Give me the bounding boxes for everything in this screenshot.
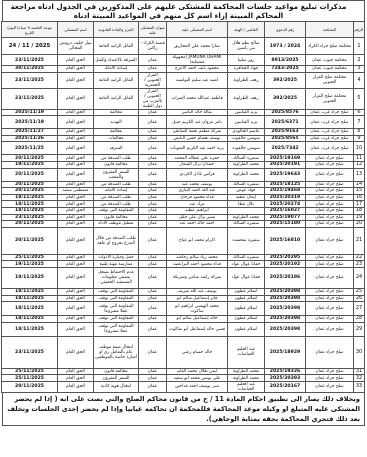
court-cell: صلح جزاء عمان — [306, 155, 354, 162]
case-number-cell: 2025/7342 — [265, 142, 306, 155]
charge-cell: طلب الصدقة من خلال التذرع بجروح او عاهه — [94, 227, 139, 254]
plaintiff-cell: الحق العام — [58, 168, 94, 181]
row-number: 1 — [354, 38, 365, 55]
defendant-cell: يوسف محمد عيد — [167, 181, 228, 188]
defendant-cell: امينه عبد سليم النوايسه — [167, 72, 228, 88]
table-row: 11صلح جزاء عمان2025/19169سميرة السالكحمز… — [2, 155, 365, 162]
hearing-date-cell: 20/11/2025 — [2, 221, 58, 228]
judge-cell: سوسن جالقوت — [228, 135, 265, 142]
table-row: 3محكمة جنوب عمان7243-2025جهاد الجعافرةمح… — [2, 66, 365, 73]
court-cell: صلح جزاء غرب عمان — [306, 109, 354, 116]
table-row: 23صلح جزاء عمان2025/20192جمانا عوال عواد… — [2, 261, 365, 268]
judge-cell: محمد الطراونة — [228, 368, 265, 375]
case-number-cell: 2025/20274 — [265, 201, 306, 208]
row-number: 23 — [354, 261, 365, 268]
hearing-date-cell: 20/11/2025 — [2, 181, 58, 188]
judge-cell: سوسن جالقوت — [228, 142, 265, 155]
court-cell: صلح جزاء عمان — [306, 316, 354, 323]
court-cell: صلح جزاء عمان — [306, 302, 354, 316]
row-number: 32 — [354, 375, 365, 382]
judge-cell: عبد الحليم الحياصات — [228, 381, 265, 392]
table-row: 8صلح جزاء غرب عمان2025/9163عاصم الجالودي… — [2, 129, 365, 136]
court-cell: صلح جزاء عمان — [306, 168, 354, 181]
charge-cell: طلب الصدقة من — [94, 181, 139, 188]
defendant-cell: بقالة خالد الناصر — [167, 109, 228, 116]
hearing-date-cell: 18/11/2025 — [2, 201, 58, 208]
hearing-date-cell: 18/11/2025 — [2, 207, 58, 214]
court-cell: صلح جزاء عمان — [306, 267, 354, 288]
table-row: 20صلح جزاء عمان2025/15180سميرة السالكاحم… — [2, 221, 365, 228]
defendant-cell: ابراهيم عطيه — [167, 207, 228, 214]
plaintiff-cell: الحق العام — [58, 336, 94, 368]
judge-cell: محمد الطراونة — [228, 214, 265, 221]
row-number: 5 — [354, 88, 365, 109]
address-cell: عمان — [139, 207, 167, 214]
hearing-date-cell: 20/11/2025 — [2, 227, 58, 254]
case-number-cell: 2025/18929 — [265, 336, 306, 368]
case-number-cell: 2025/9163 — [265, 129, 306, 136]
charge-cell: انتحال هوية كاذبة — [94, 381, 139, 392]
table-row: 25صلح جزاء عمان2025/20398اسلام عطونيوسف … — [2, 288, 365, 295]
hearing-date-cell: 18/11/2025 — [2, 288, 58, 295]
charge-cell: حمل وحيازة الادوات — [94, 254, 139, 261]
judge-cell: سميرة السالك — [228, 155, 265, 162]
table-row: 2محكمة جنوب عمان8913/2025روز صليباJAMUNA… — [2, 55, 365, 66]
case-number-cell: 2025/20398 — [265, 288, 306, 295]
plaintiff-cell: الحق العام — [58, 381, 94, 392]
address-cell: قصبة الكرك - راكين — [139, 38, 167, 55]
court-cell: محكمة صلح جزاء الكرك — [306, 38, 354, 55]
row-number: 21 — [354, 227, 365, 254]
table-row: 26صلح جزاء عمان2025/20398اسلام عطونفايز … — [2, 295, 365, 302]
case-number-cell: 2025/19643 — [265, 168, 306, 181]
hearing-date-cell: 23/11/2025 — [2, 336, 58, 368]
judge-cell: يزيد الغنانيين — [228, 109, 265, 116]
address-cell: عمان — [139, 142, 167, 155]
case-number-cell: 2025/20192 — [265, 261, 306, 268]
plaintiff-cell: الحق العام — [58, 135, 94, 142]
defendant-cell: عبد الله احمد البياري — [167, 188, 228, 195]
col-header-hearing-date: موعد الجلسة 9 صباحا اليوم/التاريخ — [2, 22, 58, 38]
row-number: 14 — [354, 181, 365, 188]
judge-cell: محمد الطراونة — [228, 168, 265, 181]
court-cell: محكمة صلح المزار الجنوبي — [306, 88, 354, 109]
plaintiff-cell: الحق العام — [58, 261, 94, 268]
address-cell: عمان — [139, 188, 167, 195]
court-cell: صلح جزاء عمان — [306, 214, 354, 221]
row-number: 20 — [354, 221, 365, 228]
court-cell: صلح جزاء عمان — [306, 194, 354, 201]
row-number: 17 — [354, 201, 365, 208]
col-header-case-number: رقم الدعوى — [265, 22, 306, 38]
plaintiff-cell: الحق العام — [58, 72, 94, 88]
court-cell: محكمة جنوب عمان — [306, 66, 354, 73]
court-cell: صلح جزاء عمان — [306, 381, 354, 392]
defendant-cell: شركة مطعم نجمة الشاطئ — [167, 129, 228, 136]
case-number-cell: 2025/8565 — [265, 135, 306, 142]
table-row: 19صلح جزاء عمان2025/19077محمد الطراونةنص… — [2, 214, 365, 221]
court-cell: محكمة صلح المزار الجنوبي — [306, 72, 354, 88]
plaintiff-cell: الحق العام — [58, 207, 94, 214]
court-cell: صلح جزاء غرب عمان — [306, 116, 354, 129]
court-cell: صلح جزاء عمان — [306, 368, 354, 375]
row-number: 33 — [354, 381, 365, 392]
case-number-cell: 2025/20398 — [265, 302, 306, 316]
case-number-cell: 2025/20295 — [265, 254, 306, 261]
case-number-cell: 2025/20167 — [265, 381, 306, 392]
hearing-date-cell: 2025/11/26 — [2, 135, 58, 142]
defendant-cell: نصير نزال علي خليل — [167, 214, 228, 221]
court-cell: صلح جزاء غرب عمان — [306, 135, 354, 142]
defendant-cell: محمود نايف احمد الاعرج — [167, 66, 228, 73]
hearing-date-cell: 20/11/2025 — [2, 188, 58, 195]
row-number: 26 — [354, 295, 365, 302]
hearing-date-cell: 25/11/2025 — [2, 254, 58, 261]
plaintiff-cell: الحق العام — [58, 254, 94, 261]
defendant-cell: شركة راشد شامي وشريكة — [167, 267, 228, 288]
hearing-date-cell: 25/11/2025 — [2, 375, 58, 382]
table-row: 15صلح جزاء عمان2025/19468جهاد عوضعبد الل… — [2, 188, 365, 195]
defendant-cell: ايمن طلال محمد القايد — [167, 368, 228, 375]
address-cell: عمان — [139, 168, 167, 181]
row-number: 2 — [354, 55, 365, 66]
address-cell: عمان — [139, 194, 167, 201]
defendant-cell: حمدان نزال الشعار — [167, 161, 228, 168]
case-number-cell: 2025/20393 — [265, 375, 306, 382]
address-cell: عمان — [139, 295, 167, 302]
defendant-cell: علي يونس محمد ابو سعيد — [167, 375, 228, 382]
address-cell: عمان — [139, 368, 167, 375]
row-number: 9 — [354, 135, 365, 142]
case-number-cell: 8913/2025 — [265, 55, 306, 66]
defendant-cell: تامر مروان عبد الكريم حبيل — [167, 116, 228, 129]
address-cell: عمان — [139, 116, 167, 129]
court-cell: صلح جزاء عمان — [306, 181, 354, 188]
charge-cell: مخالفة قانون — [94, 161, 139, 168]
document-title: مذكرات تبليغ مواعيد جلسات المحاكمة للمشت… — [2, 0, 365, 21]
address-cell: عمان — [139, 155, 167, 162]
table-row: 10صلح جزاء غرب عمان2025/7342سوسن جالقوتي… — [2, 142, 365, 155]
judge-cell: روز صليبا — [228, 55, 265, 66]
address-cell: عمان — [139, 109, 167, 116]
judge-cell: جهاد الجعافرة — [228, 66, 265, 73]
plaintiff-cell: الحق العام — [58, 116, 94, 129]
row-number: 27 — [354, 302, 365, 316]
case-number-cell: 2025/8576 — [265, 109, 306, 116]
address-cell: عمان — [139, 135, 167, 142]
charge-cell: طلب الصدقة من — [94, 155, 139, 162]
judge-cell: اسلام عطون — [228, 288, 265, 295]
hearing-date-cell: 25/11/2025 — [2, 368, 58, 375]
case-number-cell: 2025/16810 — [265, 227, 306, 254]
judge-cell: عبد الحليم الحياصات — [228, 336, 265, 368]
row-number: 7 — [354, 116, 365, 129]
hearing-date-cell: 24 / 11 / 2025 — [2, 38, 58, 55]
address-cell: عمان — [139, 381, 167, 392]
charge-cell: تعطيل موظف الاداء — [94, 221, 139, 228]
hearing-date-cell: 2025/11/25 — [2, 142, 58, 155]
table-row: 7صلح جزاء غرب عمان2025/6371يزيد الغنانيي… — [2, 116, 365, 129]
defendant-cell: فايز إسماعيل سالم ابو — [167, 295, 228, 302]
row-number: 3 — [354, 66, 365, 73]
court-cell: صلح جزاء عمان — [306, 375, 354, 382]
table-row: 14صلح جزاء عمان2025/18125سميرة السالكيوس… — [2, 181, 365, 188]
row-number: 12 — [354, 161, 365, 168]
hearing-date-cell: 23/11/2025 — [2, 88, 58, 109]
charge-cell: السرقه — [94, 142, 139, 155]
case-number-cell: 2025/20398 — [265, 322, 306, 336]
judge-cell: اسلام عطون — [228, 322, 265, 336]
charge-cell: طلب الصدقة من — [94, 194, 139, 201]
hearing-date-cell: 19/11/2025 — [2, 267, 58, 288]
defendant-cell: محمد الهيسي ابراهيم ابو ساكوت — [167, 302, 228, 316]
case-number-cell: 2025/19169 — [265, 155, 306, 162]
plaintiff-cell: الحق العام — [58, 155, 94, 162]
judge-cell: سميرة السالك — [228, 254, 265, 261]
row-number: 24 — [354, 267, 365, 288]
charge-cell: السفر المقرون والشغب — [94, 168, 139, 181]
defendant-cell: قصي خالد إسماعيل ابو ساكوت — [167, 322, 228, 336]
col-header-number: الرقم — [354, 22, 365, 38]
plaintiff-cell: الحق العام — [58, 109, 94, 116]
table-row: 29صلح جزاء عمان2025/20398اسلام عطونقصي خ… — [2, 322, 365, 336]
charge-cell: القاتل الراتبه العامة — [94, 38, 139, 55]
judge-cell — [228, 207, 265, 214]
plaintiff-cell: الحق العام — [58, 227, 94, 254]
address-cell: المزار الجنوبي / بالقرب من دوار الطيبة — [139, 88, 167, 109]
judge-cell: اسلام عطون — [228, 302, 265, 316]
case-number-cell: 2025/6371 — [265, 116, 306, 129]
case-number-cell: 1973 / 2024 — [265, 38, 306, 55]
plaintiff-cell: الحق العام — [58, 129, 94, 136]
case-number-cell: 2025/16027 — [265, 207, 306, 214]
judge-cell: رهف الطراونة — [228, 72, 265, 88]
address-cell: عمان — [139, 214, 167, 221]
row-number: 22 — [354, 254, 365, 261]
charge-cell: المقاومة التي توقف عملا مشروعا — [94, 302, 139, 316]
charge-cell: مخالفة قانون — [94, 368, 139, 375]
col-header-defendant: اسم المشتكى عليه — [167, 22, 228, 38]
case-number-cell: 392/2025 — [265, 72, 306, 88]
hearing-date-cell: 23/11/2025 — [2, 214, 58, 221]
charge-cell: المقاومة التي توقف — [94, 316, 139, 323]
plaintiff-cell: الحق العام — [58, 142, 94, 155]
court-notice-document: مذكرات تبليغ مواعيد جلسات المحاكمة للمشت… — [2, 0, 365, 426]
plaintiff-cell: الحق العام — [58, 295, 94, 302]
judge-cell: اسلام عطون — [228, 295, 265, 302]
case-number-cell: 2025/20186 — [265, 267, 306, 288]
legal-footer-note: وبخلاف ذلك يصار الى تطبيق احكام المادة 1… — [2, 393, 365, 426]
row-number: 4 — [354, 72, 365, 88]
table-row: 32صلح جزاء عمان2025/20393محمد الطراونةعل… — [2, 375, 365, 382]
row-number: 18 — [354, 207, 365, 214]
charge-cell: ممارسة مهنة طبية — [94, 261, 139, 268]
table-row: 4محكمة صلح المزار الجنوبي392/2025رهف الط… — [2, 72, 365, 88]
plaintiff-cell: الحق العام — [58, 201, 94, 208]
hearing-date-cell: 19/11/2025 — [2, 161, 58, 168]
row-number: 15 — [354, 188, 365, 195]
hearing-date-cell: 30/11/2025 — [2, 66, 58, 73]
plaintiff-cell: الحق العام — [58, 194, 94, 201]
plaintiff-cell: الحق العام — [58, 221, 94, 228]
defendant-cell: محمد زياد سالم رحامنه — [167, 254, 228, 261]
plaintiff-cell: الحق العام — [58, 288, 94, 295]
hearing-date-cell: 18/11/2025 — [2, 322, 58, 336]
address-cell: عمان — [139, 316, 167, 323]
hearing-date-cell: 2025/11/27 — [2, 129, 58, 136]
court-cell: صلح جزاء عمان — [306, 161, 354, 168]
charge-cell: طلب الصدقة من — [94, 201, 139, 208]
case-number-cell: 2025/20319 — [265, 194, 306, 201]
charge-cell: السرقة بالاعتداء والقتل — [94, 55, 139, 66]
court-cell: صلح جزاء عمان — [306, 288, 354, 295]
charge-cell: القاتل الراتبه العامة — [94, 72, 139, 88]
table-row: 24صلح جزاء عمان2025/20186جمانا عوال عواد… — [2, 267, 365, 288]
judge-cell: يزيد الغنانيين — [228, 116, 265, 129]
defendant-cell: يوسف عبد الله شريف — [167, 288, 228, 295]
court-cell: صلح جزاء عمان — [306, 207, 354, 214]
address-cell: عمان — [139, 66, 167, 73]
row-number: 10 — [354, 142, 365, 155]
hearing-date-cell: 18/11/2025 — [2, 295, 58, 302]
address-cell: عمان — [139, 267, 167, 288]
defendant-cell: يزيد احمد عبد الكريم الشوبات — [167, 142, 228, 155]
case-number-cell: 2025/15180 — [265, 221, 306, 228]
row-number: 8 — [354, 129, 365, 136]
row-number: 30 — [354, 336, 365, 368]
charge-cell: مخالفات — [94, 135, 139, 142]
case-number-cell: 2025/20398 — [265, 316, 306, 323]
table-body: 1محكمة صلح جزاء الكرك1973 / 2024صالح نظم… — [2, 38, 365, 393]
plaintiff-cell: الحق العام — [58, 88, 94, 109]
hearing-date-cell: 20/11/2025 — [2, 381, 58, 392]
address-cell: المزار الجنوبي / الجعفرية — [139, 72, 167, 88]
address-cell: عمان — [139, 254, 167, 261]
judge-cell: ايمان عطيه — [228, 194, 265, 201]
address-cell: عمان — [139, 227, 167, 254]
address-cell: عمان — [139, 261, 167, 268]
table-row: 27صلح جزاء عمان2025/20398اسلام عطونمحمد … — [2, 302, 365, 316]
table-row: 1محكمة صلح جزاء الكرك1973 / 2024صالح نظم… — [2, 38, 365, 55]
court-cell: صلح جزاء عمان — [306, 322, 354, 336]
address-cell: عمان — [139, 302, 167, 316]
defendant-cell: تمارا محمد علي المحاريق — [167, 38, 228, 55]
row-number: 25 — [354, 288, 365, 295]
defendant-cell: مراد عبد — [167, 201, 228, 208]
charge-cell: السفر المقرون — [94, 375, 139, 382]
row-number: 6 — [354, 109, 365, 116]
address-cell: عمان — [139, 55, 167, 66]
plaintiff-cell: الحق العام — [58, 214, 94, 221]
case-number-cell: 2025/19468 — [265, 188, 306, 195]
address-cell: عمان — [139, 161, 167, 168]
col-header-court: المحكمة — [306, 22, 354, 38]
judge-cell: عاصم الجالودي — [228, 129, 265, 136]
hearing-date-cell: 2025/11/19 — [2, 109, 58, 116]
court-cell: صلح جزاء عمان — [306, 254, 354, 261]
table-row: 6صلح جزاء غرب عمان2025/8576يزيد الغنانيي… — [2, 109, 365, 116]
hearing-date-cell: 18/11/2025 — [2, 194, 58, 201]
case-number-cell: 2025/20398 — [265, 295, 306, 302]
table-row: 13صلح جزاء عمان2025/19643محمد الطراونةفر… — [2, 168, 365, 181]
charge-cell: إساءة الامانه — [94, 188, 139, 195]
table-row: 33صلح جزاء عمان2025/20167عبد الحليم الحي… — [2, 381, 365, 392]
court-cell: صلح جزاء عمان — [306, 221, 354, 228]
judge-cell: رهف الطراونة — [228, 88, 265, 109]
hearing-date-cell: 23/11/2025 — [2, 55, 58, 66]
table-row: 12صلح جزاء عمان2025/20191محمد الطراونةحم… — [2, 161, 365, 168]
table-row: 9صلح جزاء غرب عمان2025/8565سوسن جالقوتيو… — [2, 135, 365, 142]
table-header-row: الرقم المحكمة رقم الدعوى القاضي / الهيئة… — [2, 22, 365, 38]
defendant-cell: يوسف هشام حسن البايض — [167, 135, 228, 142]
row-number: 19 — [354, 214, 365, 221]
plaintiff-cell: نبيل خليف درويش المجالى — [58, 38, 94, 55]
address-cell: عمان — [139, 375, 167, 382]
row-number: 31 — [354, 368, 365, 375]
address-cell: عمان — [139, 221, 167, 228]
col-header-plaintiff: اسم المشتكي — [58, 22, 94, 38]
charge-cell: عدم الاحتفاظ بسجل يتضمن معلومات المستفيد… — [94, 267, 139, 288]
hearing-date-cell: 20/11/2025 — [2, 168, 58, 181]
plaintiff-cell: الحق العام — [58, 302, 94, 316]
charge-cell: التهديد — [94, 116, 139, 129]
charge-cell: المقاومة التي توقف عملا مشروعا — [94, 322, 139, 336]
case-number-cell: 2025/19326 — [265, 368, 306, 375]
charge-cell: المقاومة التي توقف — [94, 207, 139, 214]
row-number: 28 — [354, 316, 365, 323]
judge-cell: صالح نظم هلال بني ياسين — [228, 38, 265, 55]
case-number-cell: 2025/20191 — [265, 161, 306, 168]
hearings-table: الرقم المحكمة رقم الدعوى القاضي / الهيئة… — [1, 21, 365, 393]
plaintiff-cell: الحق العام — [58, 181, 94, 188]
table-row: 21صلح جزاء عمان2025/16810سميرة شحشتاكرام… — [2, 227, 365, 254]
charge-cell: إساءة الأمانة — [94, 66, 139, 73]
court-cell: صلح جزاء عمان — [306, 261, 354, 268]
table-row: 5محكمة صلح المزار الجنوبي392/2025رهف الط… — [2, 88, 365, 109]
court-cell: صلح جزاء غرب عمان — [306, 142, 354, 155]
row-number: 13 — [354, 168, 365, 181]
hearing-date-cell: 23/11/2025 — [2, 72, 58, 88]
defendant-cell: حمزه علي عطاله المحمد — [167, 155, 228, 162]
judge-cell: سميرة السالك — [228, 181, 265, 188]
case-number-cell: 392/2025 — [265, 88, 306, 109]
plaintiff-cell: الحق العام — [58, 375, 94, 382]
col-header-address: عنوان المشتكى عليه — [139, 22, 167, 38]
charge-cell: انتحال صفة موظف عام بالتعامل زي او اشارة… — [94, 336, 139, 368]
defendant-cell: JAMUNA DHAMI (مجهولة مشتكية) — [167, 55, 228, 66]
plaintiff-cell: الحق العام — [58, 161, 94, 168]
charge-cell: القاتل الراتبه العامة — [94, 88, 139, 109]
defendant-cell: خالد حسام زعبي — [167, 336, 228, 368]
col-header-judge: القاضي / الهيئة — [228, 22, 265, 38]
table-row: 18صلح جزاء عمان2025/16027ابراهيم عطيهعما… — [2, 207, 365, 214]
table-row: 16صلح جزاء عمان2025/20319ايمان عطيهفداء … — [2, 194, 365, 201]
hearing-date-cell: 20/11/2025 — [2, 155, 58, 162]
judge-cell: محمد الطراونة — [228, 161, 265, 168]
plaintiff-cell: الحق العام — [58, 368, 94, 375]
judge-cell: سميرة شحشت — [228, 227, 265, 254]
court-cell: صلح جزاء عمان — [306, 295, 354, 302]
court-cell: صلح جزاء عمان — [306, 201, 354, 208]
address-cell: عمان — [139, 129, 167, 136]
row-number: 16 — [354, 194, 365, 201]
plaintiff-cell: الحق العام — [58, 55, 94, 66]
plaintiff-cell: مصطفى سعيد — [58, 188, 94, 195]
defendant-cell: منى يوسف احمد قداحين — [167, 381, 228, 392]
address-cell: عمان — [139, 322, 167, 336]
judge-cell: اسلام عطون — [228, 316, 265, 323]
judge-cell: محمد الطراونة — [228, 375, 265, 382]
